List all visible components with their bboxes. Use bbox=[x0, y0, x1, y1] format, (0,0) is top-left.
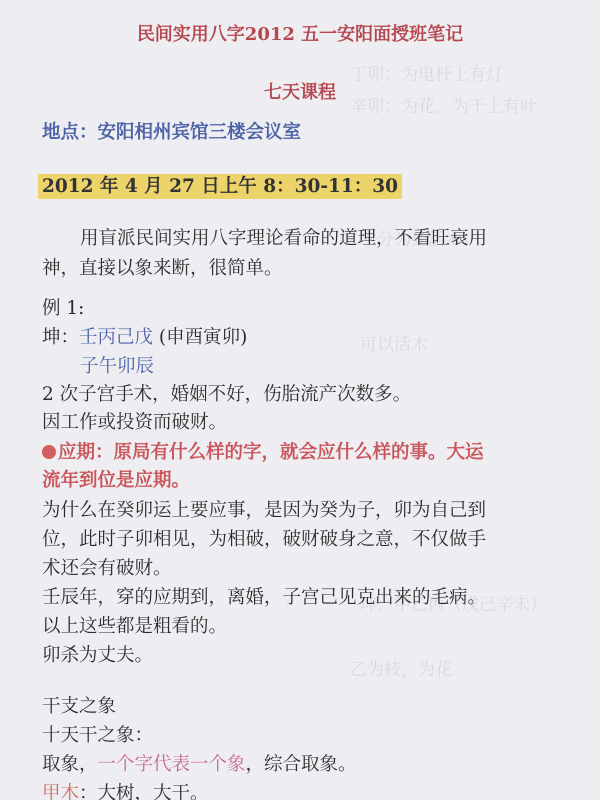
bleed-through-text: 乙为枝，为花 bbox=[350, 655, 452, 680]
jiamu-text: ：大树，大干。 bbox=[79, 783, 209, 800]
chart-prefix: 坤： bbox=[42, 327, 79, 348]
method-highlight: 一个字代表一个象 bbox=[98, 754, 246, 775]
explanation-text: 为什么在癸卯运上要应事，是因为癸为子，卯为自己到 bbox=[42, 498, 486, 524]
datetime-line: 2012 年 4 月 27 日上午 8：30-11：30 bbox=[42, 174, 402, 200]
document-subtitle: 七天课程 bbox=[0, 78, 600, 104]
key-point-text: 流年到位是应期。 bbox=[42, 468, 190, 494]
example-label: 例 1: bbox=[42, 296, 84, 322]
earthly-branches: 子午卯辰 bbox=[80, 354, 154, 380]
method-suffix: ，综合取象。 bbox=[246, 754, 357, 775]
luck-pillars: (申酉寅卯) bbox=[159, 327, 247, 348]
method-line: 取象，一个字代表一个象，综合取象。 bbox=[42, 752, 357, 778]
document-title: 民间实用八字2012 五一安阳面授班笔记 bbox=[0, 20, 600, 46]
location-line: 地点：安阳相州宾馆三楼会议室 bbox=[42, 120, 301, 146]
bullet-dot-icon bbox=[42, 445, 56, 459]
heavenly-stems: 壬丙己戊 bbox=[79, 327, 153, 348]
bazi-chart-row: 坤：壬丙己戊 (申酉寅卯) bbox=[42, 325, 247, 351]
jiamu-label: 甲木 bbox=[42, 783, 79, 800]
intro-text: 用盲派民间实用八字理论看命的道理，不看旺衰用 bbox=[80, 226, 487, 252]
explanation-text: 卯杀为丈夫。 bbox=[42, 643, 153, 669]
key-point-text: 应期：原局有什么样的字，就会应什么样的事。大运 bbox=[58, 442, 484, 463]
key-point-line: 应期：原局有什么样的字，就会应什么样的事。大运 bbox=[42, 440, 484, 466]
jiamu-line: 甲木：大树，大干。 bbox=[42, 781, 209, 800]
bleed-through-text: 可以活木 bbox=[360, 330, 428, 355]
example-note: 2 次子宫手术，婚姻不好，伤胎流产次数多。 bbox=[42, 382, 411, 408]
explanation-text: 壬辰年，穿的应期到，离婚，子宫己见克出来的毛病。 bbox=[42, 585, 486, 611]
notes-page: 丁卯：为电杆上有灯 辛卯：为花，为干上有叶 木分为死活木 可以活木 坤：甲乙丙（… bbox=[0, 0, 600, 800]
datetime-highlight: 2012 年 4 月 27 日上午 8：30-11：30 bbox=[38, 174, 402, 199]
explanation-text: 以上这些都是粗看的。 bbox=[42, 614, 227, 640]
section-heading: 干支之象 bbox=[42, 694, 116, 720]
section-subheading: 十天干之象： bbox=[42, 723, 153, 749]
explanation-text: 位，此时子卯相见，为相破，破财破身之意，不仅做手 bbox=[42, 527, 486, 553]
intro-text: 神，直接以象来断，很简单。 bbox=[42, 256, 283, 282]
method-prefix: 取象， bbox=[42, 754, 98, 775]
explanation-text: 术还会有破财。 bbox=[42, 556, 172, 582]
example-note: 因工作或投资而破财。 bbox=[42, 410, 227, 436]
